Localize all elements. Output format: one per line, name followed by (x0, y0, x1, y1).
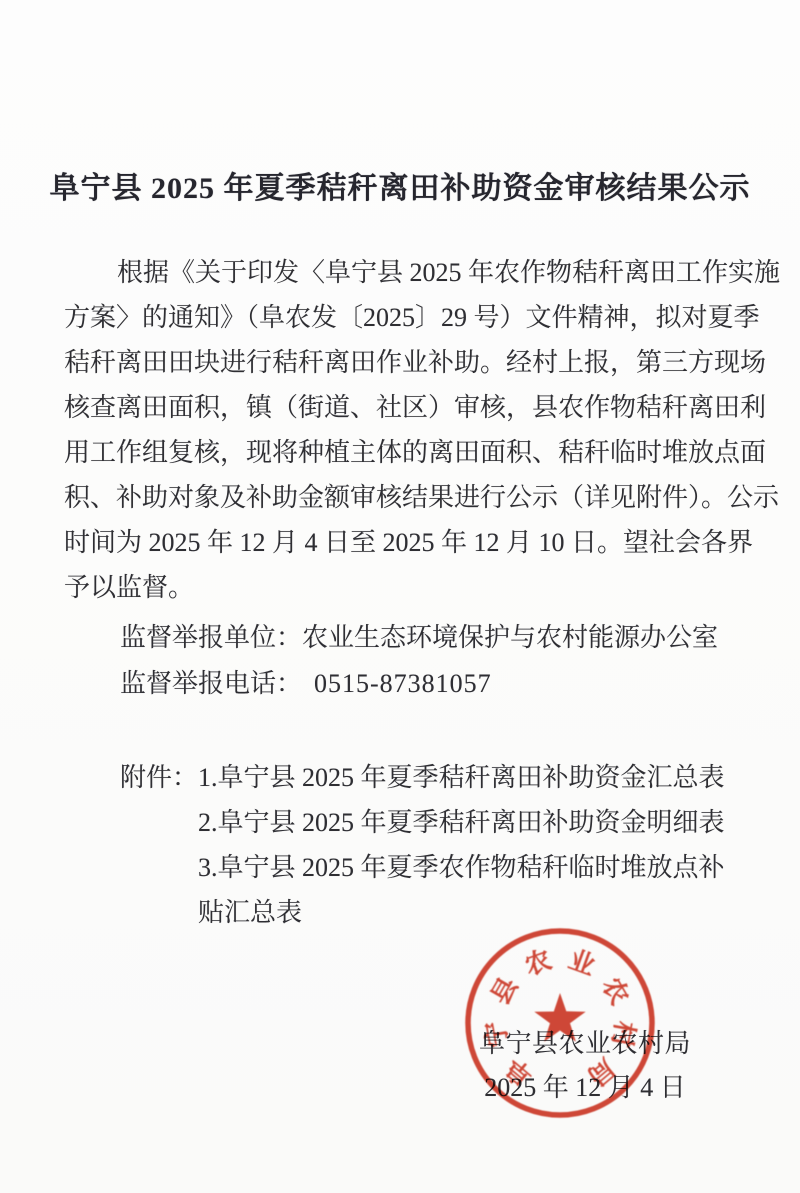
seal-arc-char: 县 (486, 972, 524, 1009)
scanned-document-page: 阜宁县 2025 年夏季秸秆离田补助资金审核结果公示 根据《关于印发〈阜宁县 2… (0, 0, 800, 1193)
body-text-line: 秸秆离田田块进行秸秆离田作业补助。经村上报，第三方现场 (64, 340, 738, 385)
document-body: 根据《关于印发〈阜宁县 2025 年农作物秸秆离田工作实施方案〉的通知》（阜农发… (64, 250, 738, 610)
body-text-line: 核查离田面积，镇（街道、社区）审核，县农作物秸秆离田利 (64, 385, 738, 430)
body-text-line: 时间为 2025 年 12 月 4 日至 2025 年 12 月 10 日。望社… (64, 520, 738, 565)
supervision-phone-value: 0515-87381057 (314, 669, 492, 698)
body-text-line: 用工作组复核，现将种植主体的离田面积、秸秆临时堆放点面 (64, 430, 738, 475)
attachments-list: 1.阜宁县 2025 年夏季秸秆离田补助资金汇总表2.阜宁县 2025 年夏季秸… (198, 755, 745, 935)
supervision-phone-label: 监督举报电话： (120, 669, 302, 698)
attachment-item: 1.阜宁县 2025 年夏季秸秆离田补助资金汇总表 (198, 755, 745, 800)
supervision-unit-label: 监督举报单位： (120, 623, 302, 652)
body-text-line: 积、补助对象及补助金额审核结果进行公示（详见附件）。公示 (64, 475, 738, 520)
supervision-phone-row: 监督举报电话：0515-87381057 (120, 661, 760, 707)
body-text-line: 方案〉的通知》（阜农发〔2025〕29 号）文件精神，拟对夏季 (64, 295, 738, 340)
supervision-unit-row: 监督举报单位：农业生态环境保护与农村能源办公室 (120, 615, 760, 661)
issuer-name: 阜宁县农业农村局 (440, 1022, 730, 1066)
document-title: 阜宁县 2025 年夏季秸秆离田补助资金审核结果公示 (0, 163, 800, 207)
supervision-unit-value: 农业生态环境保护与农村能源办公室 (302, 623, 718, 652)
signature-block: 阜宁县农业农村局 2025 年 12 月 4 日 (440, 1022, 730, 1110)
seal-arc-char: 农 (521, 945, 555, 981)
seal-arc-char: 农 (596, 972, 634, 1009)
attachment-item: 2.阜宁县 2025 年夏季秸秆离田补助资金明细表 (198, 800, 745, 845)
body-text-line: 根据《关于印发〈阜宁县 2025 年农作物秸秆离田工作实施 (64, 250, 738, 295)
supervision-info: 监督举报单位：农业生态环境保护与农村能源办公室 监督举报电话：0515-8738… (120, 615, 760, 707)
body-text-line: 予以监督。 (64, 565, 738, 610)
attachments-section: 附件： 1.阜宁县 2025 年夏季秸秆离田补助资金汇总表2.阜宁县 2025 … (120, 755, 745, 935)
attachments-label: 附件： (120, 755, 198, 800)
seal-arc-char: 业 (565, 945, 599, 981)
attachment-item: 3.阜宁县 2025 年夏季农作物秸秆临时堆放点补贴汇总表 (198, 845, 745, 935)
issue-date: 2025 年 12 月 4 日 (440, 1066, 730, 1110)
